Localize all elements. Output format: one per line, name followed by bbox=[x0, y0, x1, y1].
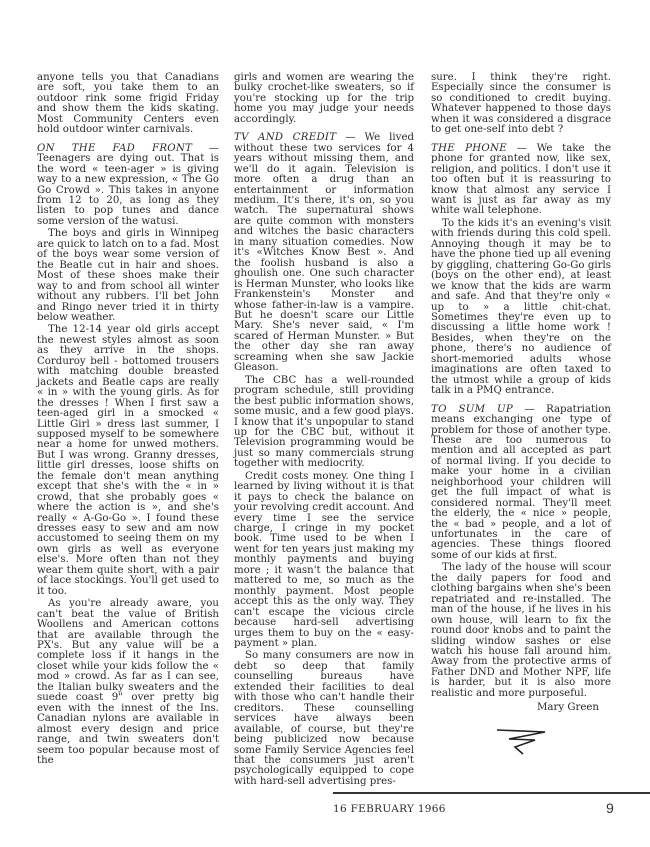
column-1: anyone tells you that Canadians are soft… bbox=[37, 73, 219, 766]
end-mark-squiggle-icon bbox=[495, 727, 550, 755]
paragraph-text: girls and women are wearing the bulky cr… bbox=[234, 72, 414, 125]
paragraph-text: The boys and girls in Winnipeg are quick… bbox=[37, 228, 219, 323]
section-heading: TV AND CREDIT bbox=[234, 132, 336, 143]
section-heading: THE PHONE bbox=[431, 143, 507, 154]
author-signature: Mary Green bbox=[537, 702, 599, 713]
paragraph-text: — We lived without these two services fo… bbox=[234, 132, 414, 373]
paragraph: So many consumers are now in debt so dee… bbox=[234, 651, 414, 787]
issue-date: 16 FEBRUARY 1966 bbox=[333, 803, 446, 815]
paragraph-text: — Teenagers are dying out. That is the w… bbox=[37, 143, 219, 227]
paragraph: TO SUM UP — Rapatriation means exchangin… bbox=[431, 405, 611, 562]
paragraph-text: sure. I think they're right. Especially … bbox=[431, 72, 611, 135]
paragraph: To the kids it's an evening's visit with… bbox=[431, 219, 611, 397]
paragraph: Credit costs money. One thing I learned … bbox=[234, 472, 414, 650]
paragraph: As you're already aware, you can't beat … bbox=[37, 599, 219, 766]
paragraph: The CBC has a well-rounded program sched… bbox=[234, 376, 414, 470]
paragraph: anyone tells you that Canadians are soft… bbox=[37, 73, 219, 136]
paragraph: ON THE FAD FRONT — Teenagers are dying o… bbox=[37, 144, 219, 228]
paragraph-text: — We take the phone for granted now, lik… bbox=[431, 143, 611, 217]
paragraph-text: — Rapatriation means exchanging one type… bbox=[431, 404, 611, 561]
column-2: girls and women are wearing the bulky cr… bbox=[234, 73, 414, 787]
column-3: sure. I think they're right. Especially … bbox=[431, 73, 611, 699]
paragraph-text: The CBC has a well-rounded program sched… bbox=[234, 375, 414, 470]
section-heading: TO SUM UP bbox=[431, 404, 513, 415]
paragraph: sure. I think they're right. Especially … bbox=[431, 73, 611, 136]
paragraph-text: So many consumers are now in debt so dee… bbox=[234, 650, 414, 786]
paragraph: TV AND CREDIT — We lived without these t… bbox=[234, 133, 414, 373]
paragraph-text: As you're already aware, you can't beat … bbox=[37, 598, 219, 766]
paragraph: The boys and girls in Winnipeg are quick… bbox=[37, 229, 219, 323]
section-heading: ON THE FAD FRONT bbox=[37, 143, 192, 154]
paragraph: THE PHONE — We take the phone for grante… bbox=[431, 144, 611, 217]
paragraph: The lady of the house will scour the dai… bbox=[431, 563, 611, 699]
paragraph-text: The lady of the house will scour the dai… bbox=[431, 562, 611, 698]
paragraph: The 12-14 year old girls accept the newe… bbox=[37, 325, 219, 597]
paragraph: girls and women are wearing the bulky cr… bbox=[234, 73, 414, 125]
footer-rule bbox=[333, 792, 650, 794]
paragraph-text: Credit costs money. One thing I learned … bbox=[234, 471, 414, 649]
paragraph-text: The 12-14 year old girls accept the newe… bbox=[37, 324, 219, 596]
paragraph-text: To the kids it's an evening's visit with… bbox=[431, 218, 611, 396]
page-number: 9 bbox=[606, 800, 614, 816]
paragraph-text: anyone tells you that Canadians are soft… bbox=[37, 72, 219, 135]
